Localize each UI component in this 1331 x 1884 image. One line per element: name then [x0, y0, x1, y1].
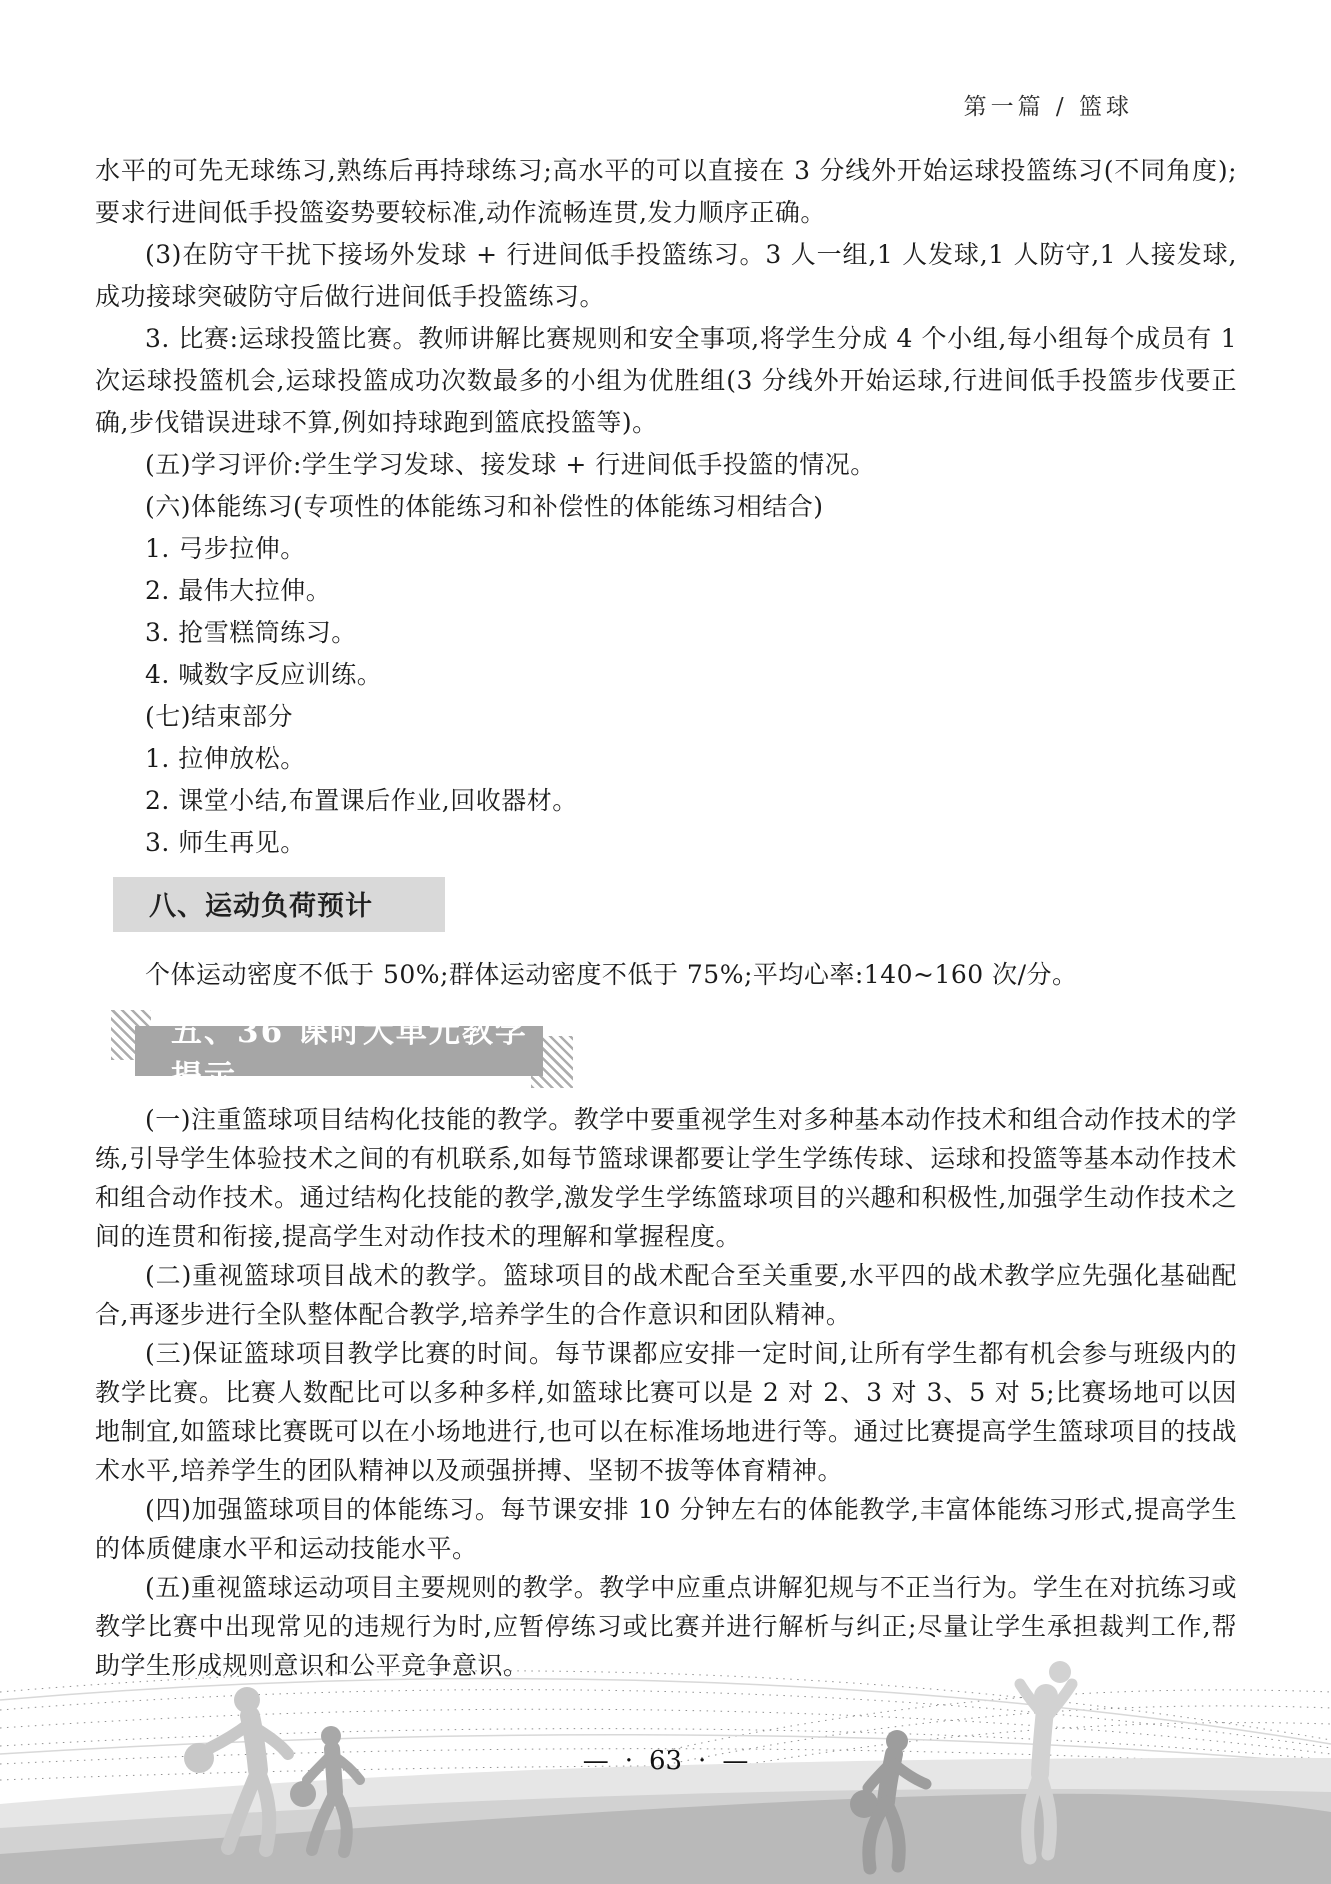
paragraph: 2. 最伟大拉伸。 — [95, 570, 1237, 612]
paragraph: (五)重视篮球运动项目主要规则的教学。教学中应重点讲解犯规与不正当行为。学生在对… — [95, 1568, 1237, 1685]
paragraph: (一)注重篮球项目结构化技能的教学。教学中要重视学生对多种基本动作技术和组合动作… — [95, 1100, 1237, 1256]
footer-dot: · — [698, 1746, 706, 1776]
paragraph: (3)在防守干扰下接场外发球 + 行进间低手投篮练习。3 人一组,1 人发球,1… — [95, 234, 1237, 318]
footer-dot: · — [625, 1746, 633, 1776]
running-head: 第一篇 / 篮球 — [964, 88, 1133, 121]
unit-paragraph-list: (一)注重篮球项目结构化技能的教学。教学中要重视学生对多种基本动作技术和组合动作… — [95, 1100, 1237, 1685]
page-footer: — · 63 · — — [0, 1746, 1331, 1776]
paragraph: 水平的可先无球练习,熟练后再持球练习;高水平的可以直接在 3 分线外开始运球投篮… — [95, 150, 1237, 234]
paragraph: 1. 拉伸放松。 — [95, 738, 1237, 780]
paragraph: 3. 比赛:运球投篮比赛。教师讲解比赛规则和安全事项,将学生分成 4 个小组,每… — [95, 318, 1237, 444]
paragraph: 3. 抢雪糕筒练习。 — [95, 612, 1237, 654]
paragraph: (六)体能练习(专项性的体能练习和补偿性的体能练习相结合) — [95, 486, 1237, 528]
footer-rule: — — [583, 1746, 609, 1776]
page-number: 63 — [649, 1746, 682, 1776]
paragraph: 个体运动密度不低于 50%;群体运动密度不低于 75%;平均心率:140~160… — [95, 954, 1237, 996]
paragraph: (七)结束部分 — [95, 696, 1237, 738]
footer-rule: — — [722, 1746, 748, 1776]
paragraph: (三)保证篮球项目教学比赛的时间。每节课都应安排一定时间,让所有学生都有机会参与… — [95, 1334, 1237, 1490]
paragraph: 2. 课堂小结,布置课后作业,回收器材。 — [95, 780, 1237, 822]
intro-paragraph-list: (3)在防守干扰下接场外发球 + 行进间低手投篮练习。3 人一组,1 人发球,1… — [95, 234, 1237, 864]
unit-section-title: 五、36 课时大单元教学提示 — [135, 1026, 543, 1076]
paragraph: 3. 师生再见。 — [95, 822, 1237, 864]
document-page: 第一篇 / 篮球 水平的可先无球练习,熟练后再持球练习;高水平的可以直接在 3 … — [0, 0, 1331, 1884]
paragraph: (二)重视篮球项目战术的教学。篮球项目的战术配合至关重要,水平四的战术教学应先强… — [95, 1256, 1237, 1334]
paragraph: 4. 喊数字反应训练。 — [95, 654, 1237, 696]
paragraph: 1. 弓步拉伸。 — [95, 528, 1237, 570]
text-content: 水平的可先无球练习,熟练后再持球练习;高水平的可以直接在 3 分线外开始运球投篮… — [95, 150, 1237, 1685]
paragraph: (四)加强篮球项目的体能练习。每节课安排 10 分钟左右的体能教学,丰富体能练习… — [95, 1490, 1237, 1568]
section-heading-load-forecast: 八、运动负荷预计 — [113, 877, 445, 932]
unit-title-banner: 五、36 课时大单元教学提示 — [95, 1008, 1237, 1100]
unit-section-body: (一)注重篮球项目结构化技能的教学。教学中要重视学生对多种基本动作技术和组合动作… — [95, 1100, 1237, 1685]
paragraph: (五)学习评价:学生学习发球、接发球 + 行进间低手投篮的情况。 — [95, 444, 1237, 486]
